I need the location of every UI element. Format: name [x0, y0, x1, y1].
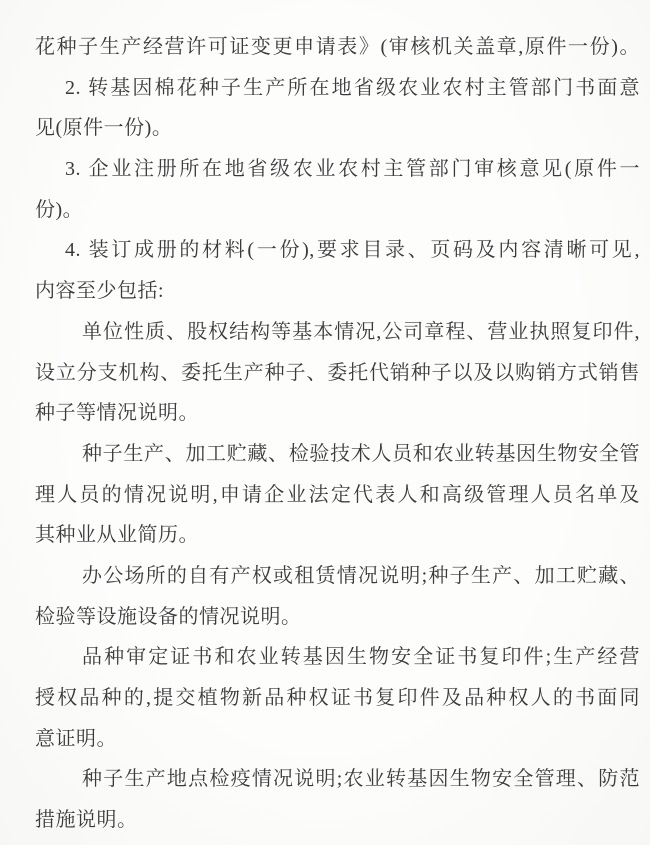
text-line: 花种子生产经营许可证变更申请表》(审核机关盖章,原件一份)。 [35, 27, 640, 68]
text-line-item-2-start: 2. 转基因棉花种子生产所在地省级农业农村主管部门书面意 [35, 68, 640, 109]
text-line: 内容至少包括: [35, 271, 640, 312]
document-page: 花种子生产经营许可证变更申请表》(审核机关盖章,原件一份)。 2. 转基因棉花种… [0, 0, 650, 845]
text-line: 授权品种的,提交植物新品种权证书复印件及品种权人的书面同 [35, 678, 640, 719]
text-line-subparagraph-start: 办公场所的自有产权或租赁情况说明;种子生产、加工贮藏、 [35, 556, 640, 597]
text-line: 见(原件一份)。 [35, 108, 640, 149]
text-line: 检验等设施设备的情况说明。 [35, 597, 640, 638]
text-line-item-4-start: 4. 装订成册的材料(一份),要求目录、页码及内容清晰可见, [35, 230, 640, 271]
text-line: 种子等情况说明。 [35, 393, 640, 434]
text-line: 意证明。 [35, 719, 640, 760]
text-line: 份)。 [35, 190, 640, 231]
text-line-item-3-start: 3. 企业注册所在地省级农业农村主管部门审核意见(原件一 [35, 149, 640, 190]
document-text-block: 花种子生产经营许可证变更申请表》(审核机关盖章,原件一份)。 2. 转基因棉花种… [35, 27, 640, 841]
text-line: 其种业从业简历。 [35, 515, 640, 556]
text-line-subparagraph-start: 品种审定证书和农业转基因生物安全证书复印件;生产经营 [35, 637, 640, 678]
text-line-subparagraph-start: 单位性质、股权结构等基本情况,公司章程、营业执照复印件, [35, 312, 640, 353]
text-line: 设立分支机构、委托生产种子、委托代销种子以及以购销方式销售 [35, 353, 640, 394]
text-line: 措施说明。 [35, 800, 640, 841]
text-line-subparagraph-start: 种子生产地点检疫情况说明;农业转基因生物安全管理、防范 [35, 759, 640, 800]
text-line: 理人员的情况说明,申请企业法定代表人和高级管理人员名单及 [35, 475, 640, 516]
text-line-subparagraph-start: 种子生产、加工贮藏、检验技术人员和农业转基因生物安全管 [35, 434, 640, 475]
